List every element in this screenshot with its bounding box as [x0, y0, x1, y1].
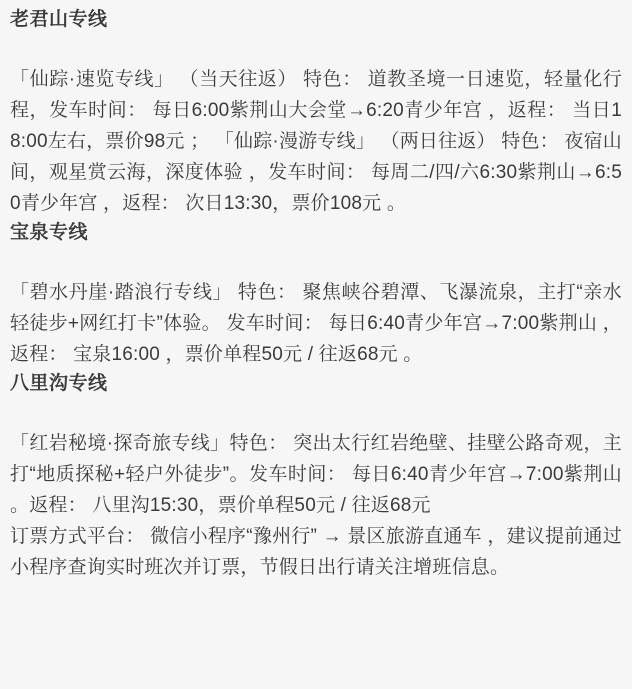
section-paragraph-laojunshan: 「仙踪·速览专线」 （当天往返） 特色： 道教圣境一日速览，轻量化行程，发车时间… — [10, 64, 622, 219]
section-laojunshan: 老君山专线 「仙踪·速览专线」 （当天往返） 特色： 道教圣境一日速览，轻量化行… — [10, 6, 622, 219]
section-paragraph-baoquan: 「碧水丹崖·踏浪行专线」 特色： 聚焦峡谷碧潭、飞瀑流泉，主打“亲水轻徒步+网红… — [10, 277, 622, 370]
section-baligou: 八里沟专线 「红岩秘境·探奇旅专线」特色： 突出太行红岩绝壁、挂壁公路奇观，主打… — [10, 370, 622, 521]
section-paragraph-baligou: 「红岩秘境·探奇旅专线」特色： 突出太行红岩绝壁、挂壁公路奇观，主打“地质探秘+… — [10, 428, 622, 521]
booking-info-paragraph: 订票方式平台： 微信小程序“豫州行” → 景区旅游直通车 ，建议提前通过小程序查… — [10, 521, 622, 583]
section-baoquan: 宝泉专线 「碧水丹崖·踏浪行专线」 特色： 聚焦峡谷碧潭、飞瀑流泉，主打“亲水轻… — [10, 219, 622, 370]
section-heading-baligou: 八里沟专线 — [10, 370, 622, 398]
section-heading-baoquan: 宝泉专线 — [10, 219, 622, 247]
route-info-document: 老君山专线 「仙踪·速览专线」 （当天往返） 特色： 道教圣境一日速览，轻量化行… — [0, 0, 632, 603]
section-heading-laojunshan: 老君山专线 — [10, 6, 622, 34]
section-booking-info: 订票方式平台： 微信小程序“豫州行” → 景区旅游直通车 ，建议提前通过小程序查… — [10, 521, 622, 583]
